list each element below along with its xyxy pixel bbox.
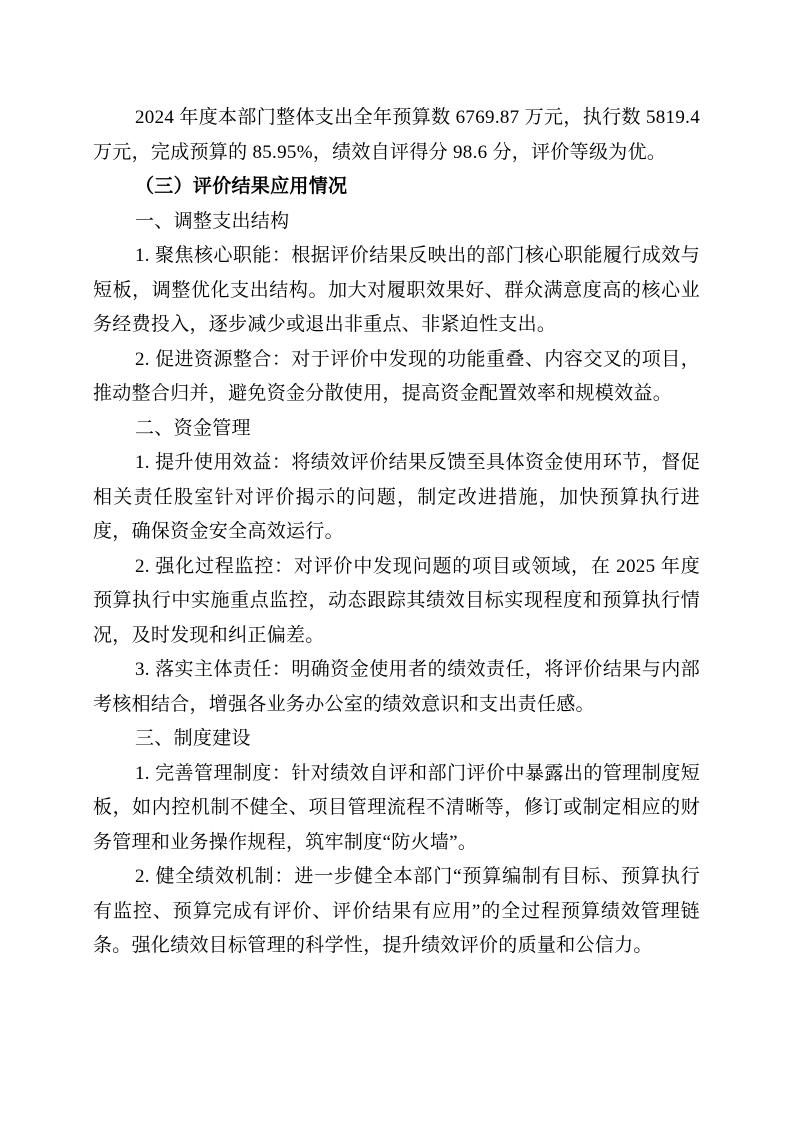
document-page: 2024 年度本部门整体支出全年预算数 6769.87 万元，执行数 5819.… <box>0 0 793 1122</box>
paragraph-implement-main-responsibility: 3. 落实主体责任：明确资金使用者的绩效责任，将评价结果与内部考核相结合，增强各… <box>93 653 700 722</box>
paragraph-budget-summary: 2024 年度本部门整体支出全年预算数 6769.87 万元，执行数 5819.… <box>93 101 700 170</box>
paragraph-strengthen-process-monitoring: 2. 强化过程监控：对评价中发现问题的项目或领域，在 2025 年度预算执行中实… <box>93 550 700 654</box>
subsection-heading-fund-management: 二、资金管理 <box>93 412 700 447</box>
paragraph-focus-core-functions: 1. 聚焦核心职能：根据评价结果反映出的部门核心职能履行成效与短板，调整优化支出… <box>93 239 700 343</box>
paragraph-improve-usage-benefit: 1. 提升使用效益：将绩效评价结果反馈至具体资金使用环节，督促相关责任股室针对评… <box>93 446 700 550</box>
section-heading-evaluation-result-application: （三）评价结果应用情况 <box>93 170 700 205</box>
subsection-heading-institution-building: 三、制度建设 <box>93 722 700 757</box>
paragraph-promote-resource-integration: 2. 促进资源整合：对于评价中发现的功能重叠、内容交叉的项目，推动整合归并，避免… <box>93 343 700 412</box>
paragraph-improve-management-system: 1. 完善管理制度：针对绩效自评和部门评价中暴露出的管理制度短板，如内控机制不健… <box>93 757 700 861</box>
paragraph-improve-performance-mechanism: 2. 健全绩效机制：进一步健全本部门“预算编制有目标、预算执行有监控、预算完成有… <box>93 860 700 964</box>
subsection-heading-adjust-expenditure-structure: 一、调整支出结构 <box>93 205 700 240</box>
